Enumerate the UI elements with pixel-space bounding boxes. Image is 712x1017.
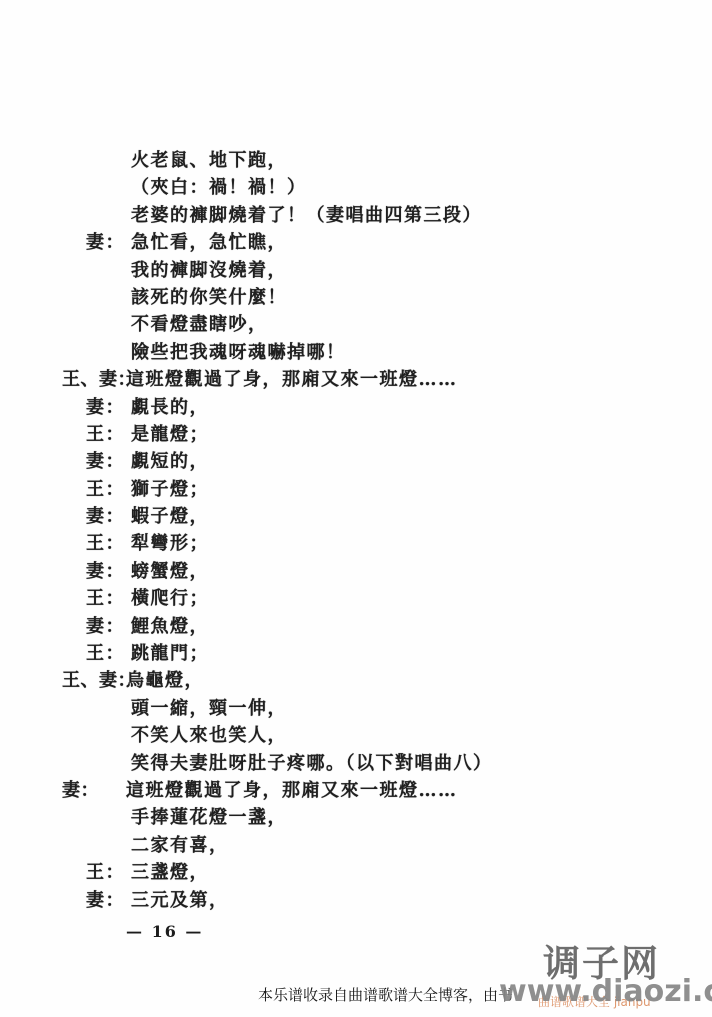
line-text: 三盞燈，: [131, 862, 209, 883]
line-text: 烏龜燈，: [126, 670, 204, 691]
script-line: 火老鼠、地下跑，: [0, 147, 712, 174]
script-line: 險些把我魂呀魂嚇掉哪！: [0, 339, 712, 366]
speaker-label: 妻：: [86, 558, 125, 585]
line-text: 三元及第，: [131, 890, 229, 911]
line-text: 險些把我魂呀魂嚇掉哪！: [131, 342, 346, 363]
speaker-label: 妻：: [86, 448, 125, 475]
speaker-label: 王：: [86, 421, 125, 448]
script-line: 王：是龍燈；: [0, 421, 712, 448]
script-line: 王、妻：烏龜燈，: [0, 667, 712, 694]
line-text: 螃蟹燈，: [131, 561, 209, 582]
line-text: 獅子燈；: [131, 479, 209, 500]
line-text: 老婆的褲脚燒着了！（妻唱曲四第三段）: [131, 205, 482, 226]
script-line: 頭一縮，頸一伸，: [0, 695, 712, 722]
script-lines: 火老鼠、地下跑，（夾白：禍！禍！）老婆的褲脚燒着了！（妻唱曲四第三段）妻：急忙看…: [0, 147, 712, 914]
line-text: 該死的你笑什麼！: [131, 287, 287, 308]
script-line: 老婆的褲脚燒着了！（妻唱曲四第三段）: [0, 202, 712, 229]
script-line: 該死的你笑什麼！: [0, 284, 712, 311]
line-text: 這班燈觀過了身，那廂又來一班燈……: [126, 369, 458, 390]
speaker-label: 王：: [86, 476, 125, 503]
script-line: 妻：蝦子燈，: [0, 503, 712, 530]
script-line: 妻：覷長的，: [0, 394, 712, 421]
line-text: 這班燈觀過了身，那廂又來一班燈……: [126, 780, 458, 801]
speaker-label: 王、妻：: [62, 366, 136, 393]
line-text: 頭一縮，頸一伸，: [131, 698, 287, 719]
line-text: 手捧蓮花燈一盞，: [131, 807, 287, 828]
script-line: 笑得夫妻肚呀肚子疼哪。（以下對唱曲八）: [0, 750, 712, 777]
speaker-label: 妻：: [86, 887, 125, 914]
speaker-label: 王：: [86, 859, 125, 886]
speaker-label: 王：: [86, 585, 125, 612]
script-line: 妻：鯉魚燈，: [0, 613, 712, 640]
speaker-label: 王：: [86, 530, 125, 557]
line-text: 笑得夫妻肚呀肚子疼哪。（以下對唱曲八）: [131, 753, 493, 774]
speaker-label: 王、妻：: [62, 667, 136, 694]
script-line: 妻：這班燈觀過了身，那廂又來一班燈……: [0, 777, 712, 804]
script-line: 王：獅子燈；: [0, 476, 712, 503]
line-text: 覷短的，: [131, 451, 209, 472]
watermark-url: www.diaozi.com: [499, 974, 712, 1009]
script-line: 妻：螃蟹燈，: [0, 558, 712, 585]
line-text: 不笑人來也笑人，: [131, 725, 287, 746]
script-line: 二家有喜，: [0, 832, 712, 859]
script-line: 王：犁彎形；: [0, 530, 712, 557]
line-text: 鯉魚燈，: [131, 616, 209, 637]
speaker-label: 妻：: [86, 613, 125, 640]
script-line: 不看燈盡瞎吵，: [0, 311, 712, 338]
line-text: 是龍燈；: [131, 424, 209, 445]
line-text: 蝦子燈，: [131, 506, 209, 527]
speaker-label: 妻：: [86, 229, 125, 256]
line-text: 不看燈盡瞎吵，: [131, 314, 268, 335]
speaker-label: 妻：: [86, 503, 125, 530]
script-line: 妻：覷短的，: [0, 448, 712, 475]
script-line: 妻：三元及第，: [0, 887, 712, 914]
speaker-label: 妻：: [62, 777, 99, 804]
credit-text: 本乐谱收录自曲谱歌谱大全博客，由书: [258, 984, 513, 1005]
script-line: 不笑人來也笑人，: [0, 722, 712, 749]
script-line: 妻：急忙看，急忙瞧，: [0, 229, 712, 256]
line-text: （夾白：禍！禍！）: [131, 177, 307, 198]
line-text: 犁彎形；: [131, 533, 209, 554]
script-line: 王：三盞燈，: [0, 859, 712, 886]
line-text: 二家有喜，: [131, 835, 229, 856]
line-text: 橫爬行；: [131, 588, 209, 609]
speaker-label: 妻：: [86, 394, 125, 421]
script-line: 王：跳龍門；: [0, 640, 712, 667]
line-text: 跳龍門；: [131, 643, 209, 664]
speaker-label: 王：: [86, 640, 125, 667]
line-text: 我的褲脚沒燒着，: [131, 260, 287, 281]
page-number: — 16 —: [126, 922, 203, 941]
script-line: 王：橫爬行；: [0, 585, 712, 612]
script-line: 王、妻：這班燈觀過了身，那廂又來一班燈……: [0, 366, 712, 393]
line-text: 火老鼠、地下跑，: [131, 150, 287, 171]
script-line: 我的褲脚沒燒着，: [0, 257, 712, 284]
script-line: （夾白：禍！禍！）: [0, 174, 712, 201]
line-text: 覷長的，: [131, 397, 209, 418]
scanned-script-page: 火老鼠、地下跑，（夾白：禍！禍！）老婆的褲脚燒着了！（妻唱曲四第三段）妻：急忙看…: [0, 0, 712, 1017]
script-line: 手捧蓮花燈一盞，: [0, 804, 712, 831]
line-text: 急忙看，急忙瞧，: [131, 232, 287, 253]
